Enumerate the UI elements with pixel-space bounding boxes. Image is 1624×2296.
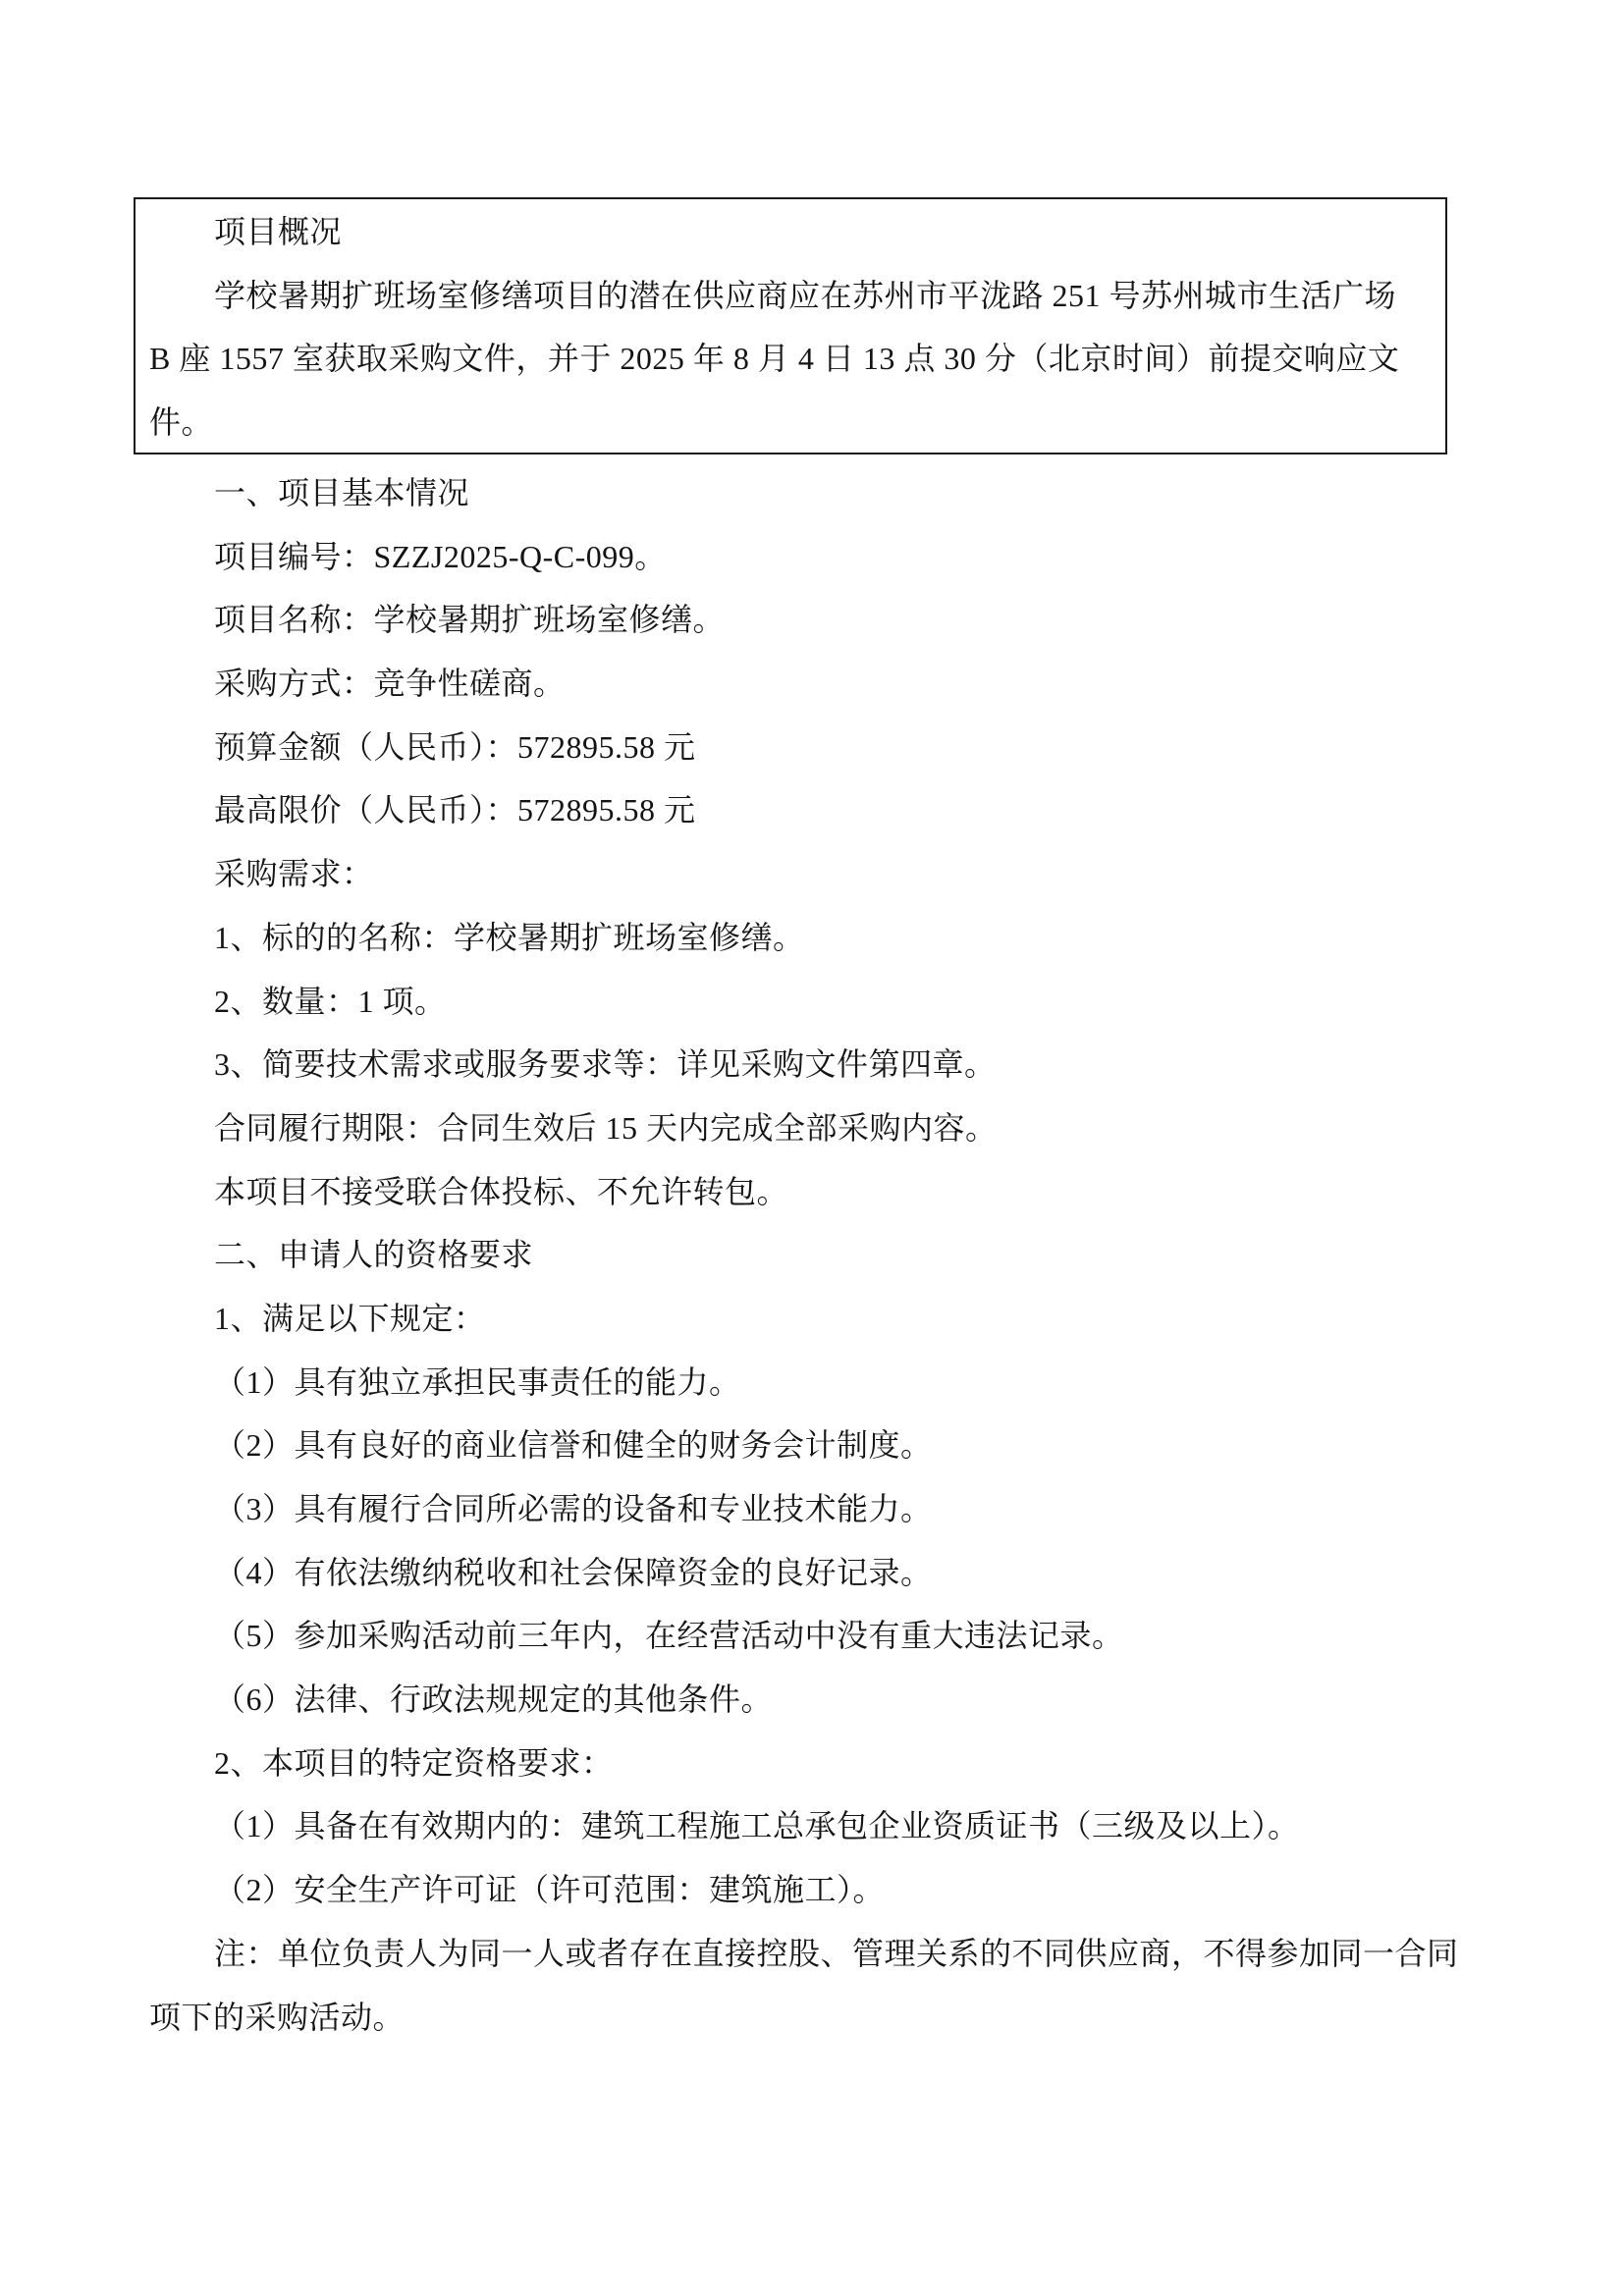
note-continuation-line: 项下的采购活动。 bbox=[149, 1986, 1494, 2050]
overview-line: 件。 bbox=[149, 391, 1432, 454]
specific-qualification-line: 2、本项目的特定资格要求： bbox=[149, 1732, 1494, 1795]
project-number-line: 项目编号：SZZJ2025-Q-C-099。 bbox=[149, 525, 1494, 589]
subject-name-line: 1、标的的名称：学校暑期扩班场室修缮。 bbox=[149, 906, 1494, 970]
qualification-item-line: （1）具有独立承担民事责任的能力。 bbox=[149, 1351, 1494, 1415]
qualification-item-line: （2）具有良好的商业信誉和健全的财务会计制度。 bbox=[149, 1414, 1494, 1477]
specific-qualification-item-line: （1）具备在有效期内的：建筑工程施工总承包企业资质证书（三级及以上）。 bbox=[149, 1794, 1494, 1858]
document-page: 项目概况 学校暑期扩班场室修缮项目的潜在供应商应在苏州市平泷路 251 号苏州城… bbox=[0, 0, 1624, 2296]
procurement-method-line: 采购方式：竞争性磋商。 bbox=[149, 652, 1494, 716]
qualification-item-line: （5）参加采购活动前三年内，在经营活动中没有重大违法记录。 bbox=[149, 1604, 1494, 1668]
qualification-item-line: （6）法律、行政法规规定的其他条件。 bbox=[149, 1668, 1494, 1732]
qualification-intro-line: 1、满足以下规定： bbox=[149, 1287, 1494, 1351]
document-body: 一、项目基本情况 项目编号：SZZJ2025-Q-C-099。 项目名称：学校暑… bbox=[149, 461, 1494, 2049]
overview-box-title: 项目概况 bbox=[149, 200, 1432, 264]
no-consortium-line: 本项目不接受联合体投标、不允许转包。 bbox=[149, 1160, 1494, 1224]
project-name-line: 项目名称：学校暑期扩班场室修缮。 bbox=[149, 588, 1494, 652]
overview-line: B 座 1557 室获取采购文件，并于 2025 年 8 月 4 日 13 点 … bbox=[149, 327, 1432, 391]
section1-heading: 一、项目基本情况 bbox=[149, 461, 1494, 525]
contract-period-line: 合同履行期限：合同生效后 15 天内完成全部采购内容。 bbox=[149, 1096, 1494, 1160]
quantity-line: 2、数量：1 项。 bbox=[149, 970, 1494, 1034]
project-overview-box: 项目概况 学校暑期扩班场室修缮项目的潜在供应商应在苏州市平泷路 251 号苏州城… bbox=[134, 197, 1447, 454]
qualification-item-line: （4）有依法缴纳税收和社会保障资金的良好记录。 bbox=[149, 1541, 1494, 1605]
procurement-demand-line: 采购需求： bbox=[149, 842, 1494, 906]
budget-amount-line: 预算金额（人民币）：572895.58 元 bbox=[149, 716, 1494, 779]
qualification-item-line: （3）具有履行合同所必需的设备和专业技术能力。 bbox=[149, 1477, 1494, 1541]
section2-heading: 二、申请人的资格要求 bbox=[149, 1223, 1494, 1287]
note-line: 注：单位负责人为同一人或者存在直接控股、管理关系的不同供应商，不得参加同一合同 bbox=[149, 1922, 1494, 1986]
overview-line: 学校暑期扩班场室修缮项目的潜在供应商应在苏州市平泷路 251 号苏州城市生活广场 bbox=[149, 264, 1432, 328]
specific-qualification-item-line: （2）安全生产许可证（许可范围：建筑施工）。 bbox=[149, 1858, 1494, 1922]
technical-requirement-line: 3、简要技术需求或服务要求等：详见采购文件第四章。 bbox=[149, 1033, 1494, 1096]
max-price-line: 最高限价（人民币）：572895.58 元 bbox=[149, 778, 1494, 842]
